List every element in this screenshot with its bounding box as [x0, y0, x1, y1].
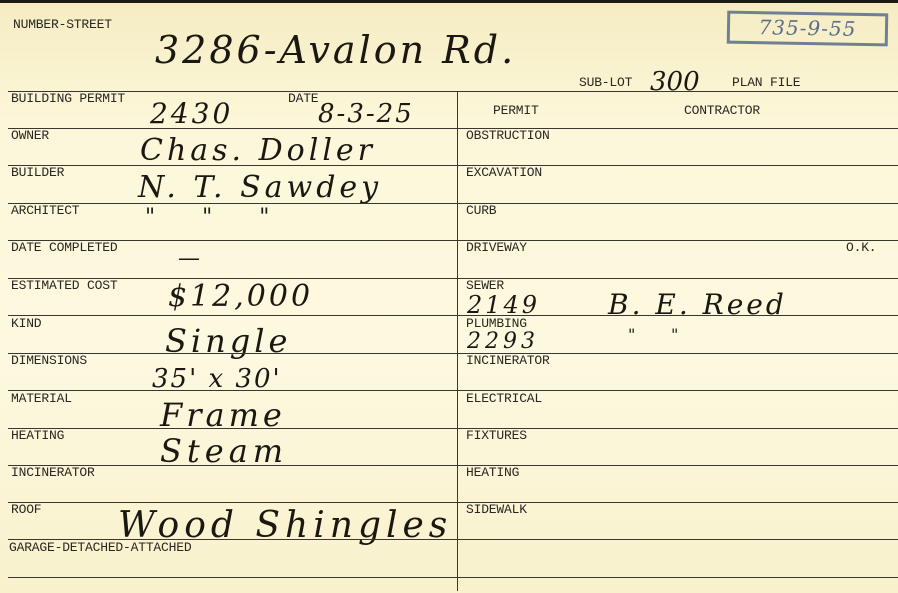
sewer-contractor: B. E. Reed: [608, 291, 787, 319]
estimated-cost-value: $12,000: [168, 282, 313, 312]
date-label: DATE: [288, 92, 318, 106]
building-permit-value: 2430: [150, 100, 233, 128]
owner-label: OWNER: [11, 129, 49, 143]
obstruction-label: OBSTRUCTION: [466, 129, 550, 143]
heating-value: Steam: [160, 435, 288, 467]
plumbing-contractor: " ": [628, 327, 678, 343]
incinerator-right-label: INCINERATOR: [466, 354, 550, 368]
architect-value: " " ": [145, 207, 289, 229]
permit-column-header: PERMIT: [493, 104, 539, 118]
file-stamp: 735-9-55: [727, 11, 889, 47]
permit-card: NUMBER-STREET 3286-Avalon Rd. 735-9-55 S…: [0, 3, 898, 593]
driveway-status: O.K.: [846, 241, 876, 255]
electrical-label: ELECTRICAL: [466, 392, 542, 406]
date-value: 8-3-25: [318, 101, 414, 127]
fixtures-label: FIXTURES: [466, 429, 527, 443]
estimated-cost-label: ESTIMATED COST: [11, 279, 117, 293]
heating-label: HEATING: [11, 429, 64, 443]
sidewalk-label: SIDEWALK: [466, 503, 527, 517]
builder-value: N. T. Sawdey: [138, 173, 382, 203]
date-completed-value: —: [178, 248, 200, 270]
incinerator-label: INCINERATOR: [11, 466, 95, 480]
garage-label: GARAGE-DETACHED-ATTACHED: [9, 541, 191, 555]
dimensions-value: 35' x 30': [152, 366, 282, 392]
building-permit-label: BUILDING PERMIT: [11, 92, 125, 106]
material-value: Frame: [160, 399, 286, 431]
excavation-label: EXCAVATION: [466, 166, 542, 180]
heating-right-label: HEATING: [466, 466, 519, 480]
kind-label: KIND: [11, 317, 41, 331]
architect-label: ARCHITECT: [11, 204, 79, 218]
builder-label: BUILDER: [11, 166, 64, 180]
number-street-value: 3286-Avalon Rd.: [155, 31, 516, 69]
plumbing-permit: 2293: [467, 331, 539, 353]
contractor-column-header: CONTRACTOR: [684, 104, 760, 118]
roof-label: ROOF: [11, 503, 41, 517]
date-completed-label: DATE COMPLETED: [11, 241, 117, 255]
plan-file-label: PLAN FILE: [732, 76, 800, 90]
sewer-permit: 2149: [467, 293, 540, 317]
driveway-label: DRIVEWAY: [466, 241, 527, 255]
curb-label: CURB: [466, 204, 496, 218]
material-label: MATERIAL: [11, 392, 72, 406]
owner-value: Chas. Doller: [140, 136, 376, 166]
dimensions-label: DIMENSIONS: [11, 354, 87, 368]
sub-lot-label: SUB-LOT: [579, 76, 632, 90]
number-street-label: NUMBER-STREET: [13, 18, 112, 32]
